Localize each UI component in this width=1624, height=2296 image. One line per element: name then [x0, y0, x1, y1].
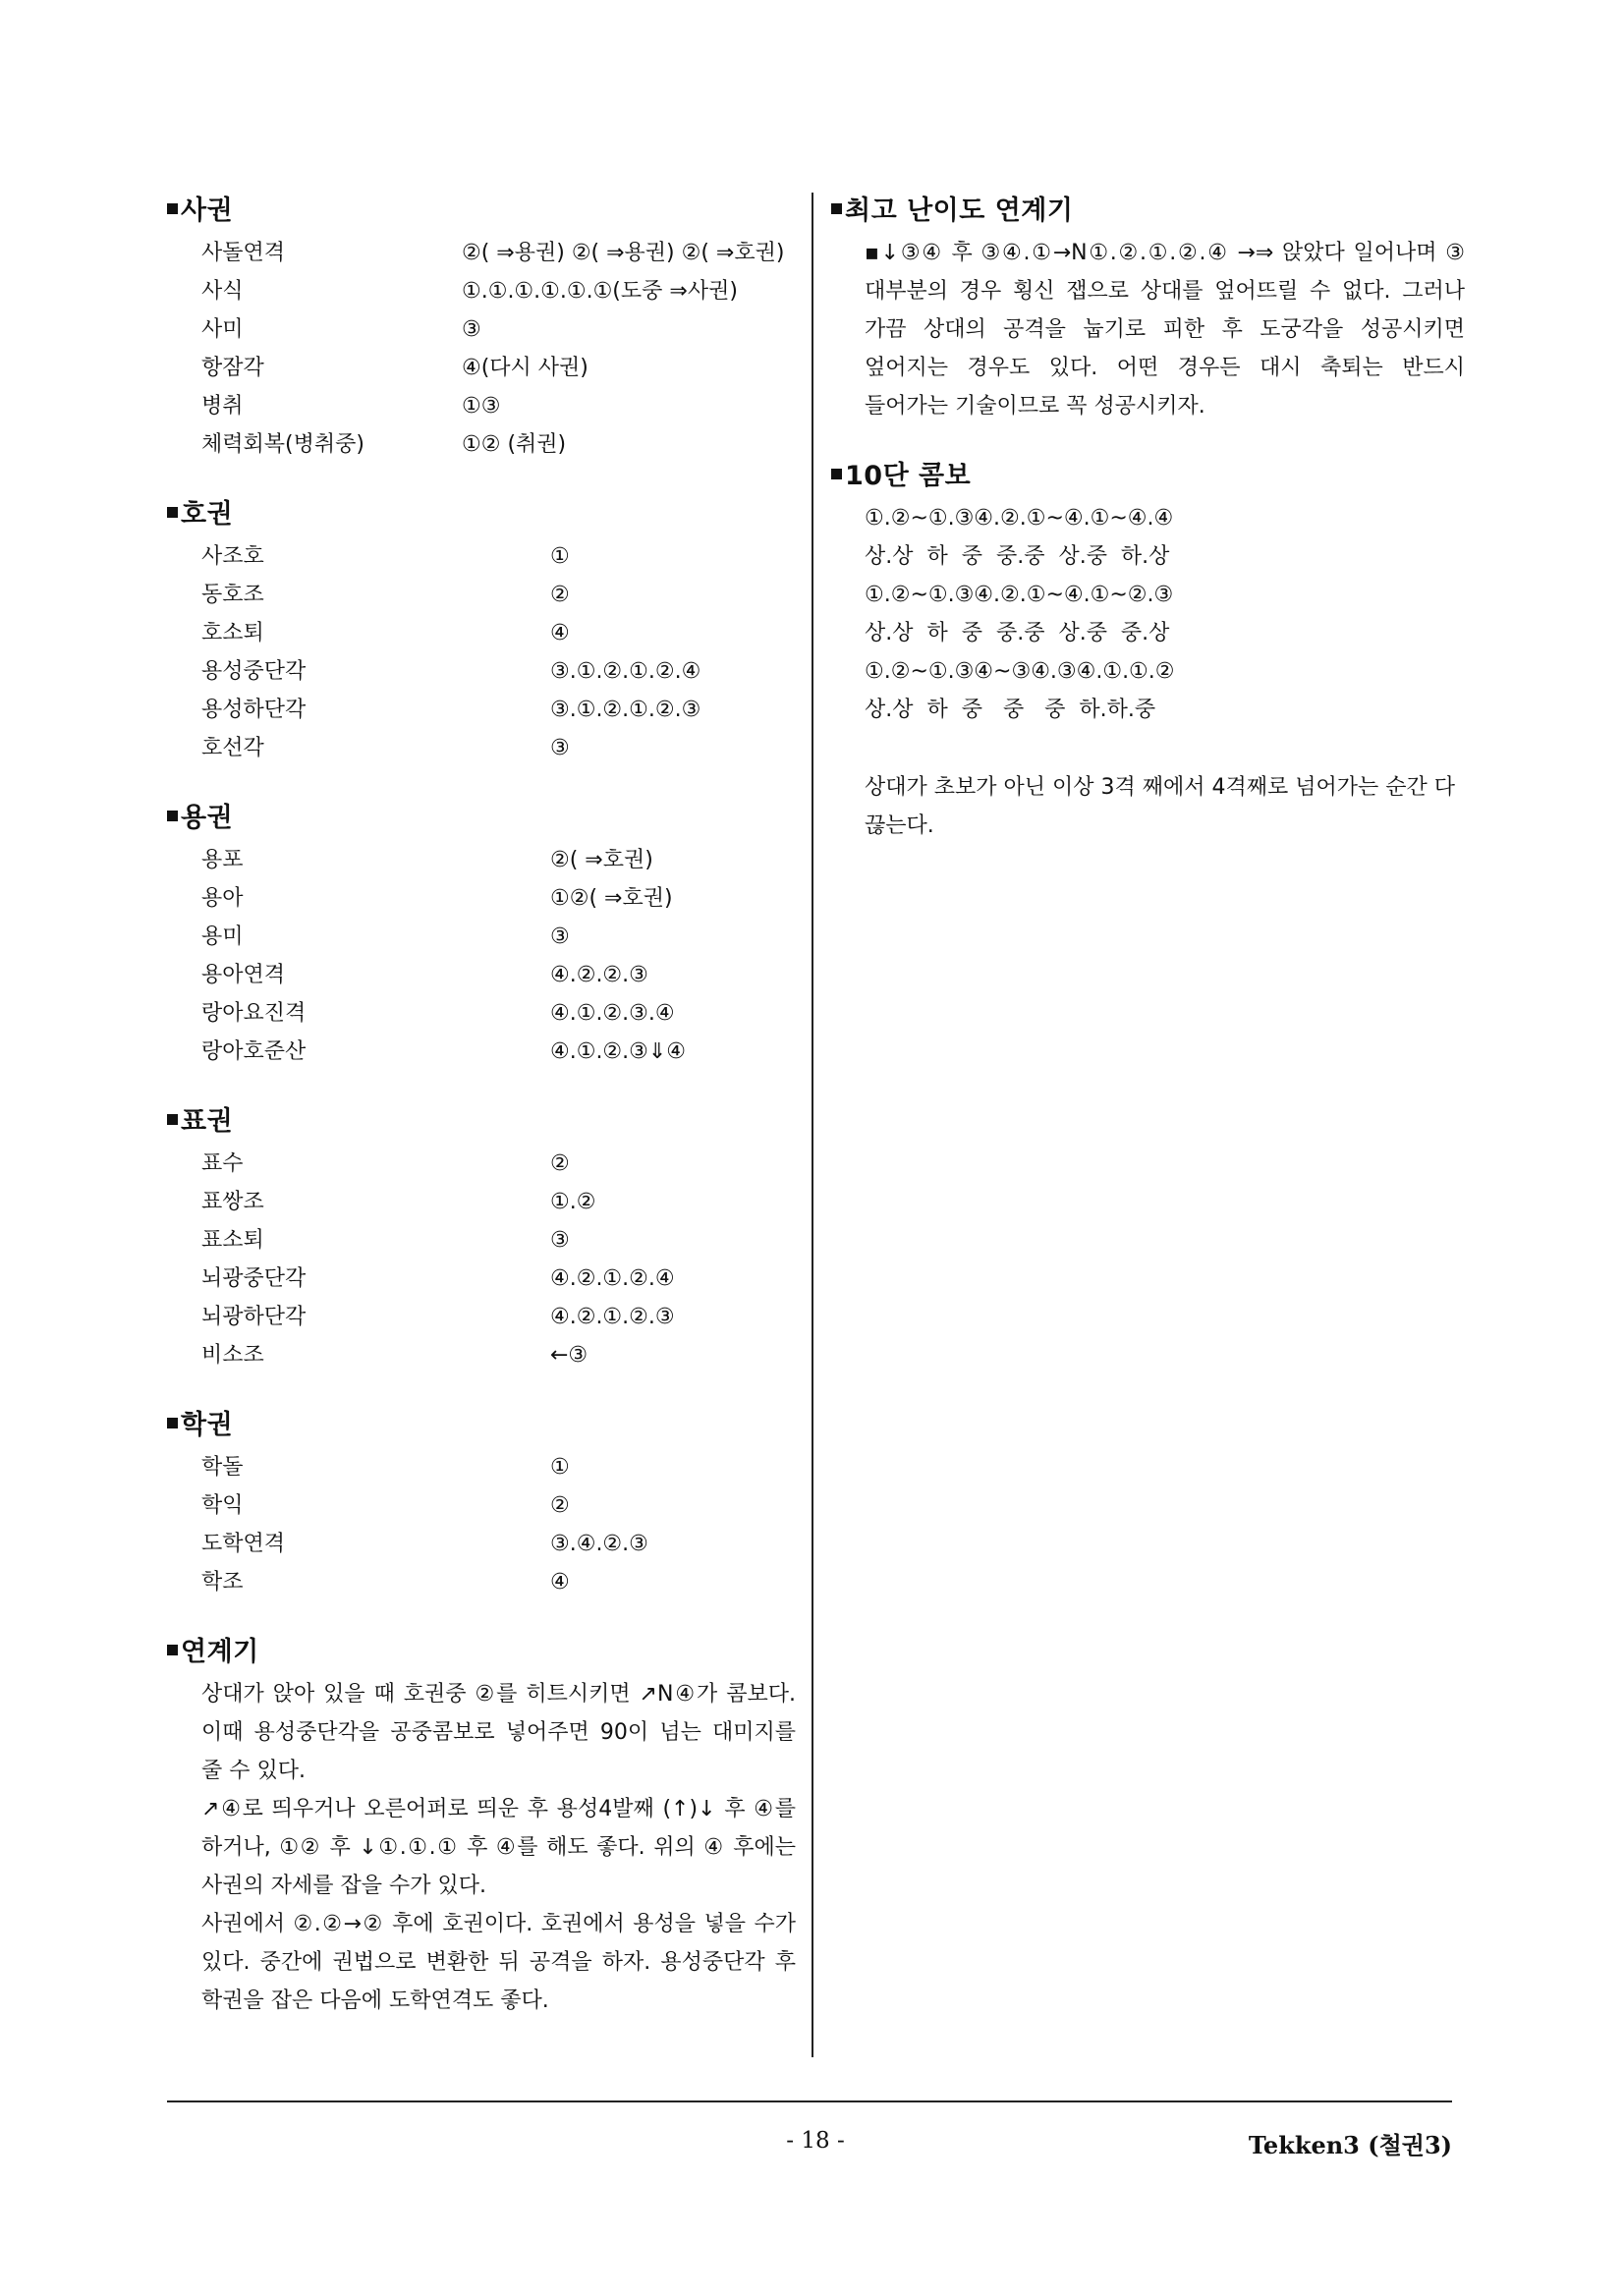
move-name: 용아: [201, 879, 550, 918]
move-input: ④: [550, 614, 570, 652]
footer-title: Tekken3 (철권3): [1249, 2126, 1452, 2160]
move-name: 사미: [201, 310, 462, 349]
move-row: 학익②: [201, 1486, 796, 1525]
move-input: ④: [550, 1563, 570, 1601]
move-input: ①②( ⇒호권): [550, 879, 673, 918]
hit-level-line: 상.상 하 중 중.중 상.중 중.상: [831, 614, 1465, 652]
heading-text: 용권: [181, 803, 233, 833]
move-row: 체력회복(병취중)①② (취권): [201, 425, 796, 464]
right-column: 최고 난이도 연계기 ▪↓③④ 후 ③④.①→N①.②.①.②.④ →⇒ 앉았다…: [831, 192, 1465, 876]
move-name: 사돌연격: [201, 234, 462, 272]
move-name: 사조호: [201, 537, 550, 576]
move-row: 용아연격④.②.②.③: [201, 956, 796, 994]
left-column: 사권 사돌연격②( ⇒용권) ②( ⇒용권) ②( ⇒호권) 사식①.①.①.①…: [167, 192, 796, 2051]
move-input: ②( ⇒용권) ②( ⇒용권) ②( ⇒호권): [462, 234, 784, 272]
section-heading: 호권: [167, 495, 796, 534]
heading-text: 최고 난이도 연계기: [845, 196, 1073, 226]
move-input: ④.②.①.②.③: [550, 1298, 675, 1336]
move-input: ←③: [550, 1336, 588, 1374]
move-input: ①: [550, 537, 570, 576]
move-row: 용성중단각③.①.②.①.②.④: [201, 652, 796, 691]
move-row: 사식①.①.①.①.①.①(도중 ⇒사권): [201, 272, 796, 310]
move-input: ①.①.①.①.①.①(도중 ⇒사권): [462, 272, 738, 310]
move-name: 뇌광하단각: [201, 1298, 550, 1336]
move-input: ③.④.②.③: [550, 1525, 648, 1563]
move-name: 용포: [201, 841, 550, 879]
move-input: ①③: [462, 387, 500, 425]
move-name: 용성중단각: [201, 652, 550, 691]
move-name: 학돌: [201, 1448, 550, 1486]
paragraph: ↗④로 띄우거나 오른어퍼로 띄운 후 용성4발째 (↑)↓ 후 ④를 하거나,…: [201, 1790, 796, 1905]
heading-text: 연계기: [181, 1637, 259, 1667]
move-row: 표수②: [201, 1145, 796, 1183]
column-divider: [812, 193, 813, 2057]
move-input: ③: [550, 1221, 570, 1260]
move-name: 랑아요진격: [201, 994, 550, 1033]
move-row: 비소조←③: [201, 1336, 796, 1374]
square-bullet-icon: [167, 507, 178, 518]
section-hardest-combo: 최고 난이도 연계기 ▪↓③④ 후 ③④.①→N①.②.①.②.④ →⇒ 앉았다…: [831, 192, 1465, 425]
combo-line: ①.②~①.③④~③④.③④.①.①.②: [831, 652, 1465, 691]
move-input: ④.①.②.③.④: [550, 994, 675, 1033]
heading-text: 표권: [181, 1106, 233, 1137]
move-name: 랑아호준산: [201, 1033, 550, 1071]
section-combos: 연계기 상대가 앉아 있을 때 호권중 ②를 히트시키면 ↗N④가 콤보다. 이…: [167, 1633, 796, 2020]
section-heading: 학권: [167, 1406, 796, 1445]
page-number: - 18 -: [766, 2128, 865, 2154]
square-bullet-icon: [167, 811, 178, 821]
move-row: 사조호①: [201, 537, 796, 576]
section-heading: 최고 난이도 연계기: [831, 192, 1465, 231]
combo-line: ①.②~①.③④.②.①~④.①~④.④: [831, 499, 1465, 537]
move-row: 랑아요진격④.①.②.③.④: [201, 994, 796, 1033]
move-row: 표쌍조①.②: [201, 1183, 796, 1221]
section-heading: 연계기: [167, 1633, 796, 1672]
move-input: ③: [550, 918, 570, 956]
move-input: ③.①.②.①.②.④: [550, 652, 700, 691]
move-row: 호소퇴④: [201, 614, 796, 652]
move-name: 호소퇴: [201, 614, 550, 652]
move-name: 뇌광중단각: [201, 1260, 550, 1298]
move-row: 표소퇴③: [201, 1221, 796, 1260]
move-input: ①② (취권): [462, 425, 566, 464]
section-heading: 표권: [167, 1102, 796, 1142]
move-row: 랑아호준산④.①.②.③⇓④: [201, 1033, 796, 1071]
move-name: 체력회복(병취중): [201, 425, 462, 464]
move-name: 표쌍조: [201, 1183, 550, 1221]
move-row: 학돌①: [201, 1448, 796, 1486]
square-bullet-icon: [831, 203, 842, 214]
move-name: 학익: [201, 1486, 550, 1525]
move-input: ③.①.②.①.②.③: [550, 691, 700, 729]
move-name: 병취: [201, 387, 462, 425]
move-name: 비소조: [201, 1336, 550, 1374]
move-name: 도학연격: [201, 1525, 550, 1563]
move-input: ④.②.②.③: [550, 956, 648, 994]
move-name: 호선각: [201, 729, 550, 767]
move-name: 사식: [201, 272, 462, 310]
move-input: ②( ⇒호권): [550, 841, 653, 879]
move-name: 용아연격: [201, 956, 550, 994]
move-row: 용미③: [201, 918, 796, 956]
move-row: 호선각③: [201, 729, 796, 767]
move-name: 용성하단각: [201, 691, 550, 729]
move-name: 학조: [201, 1563, 550, 1601]
move-row: 사돌연격②( ⇒용권) ②( ⇒용권) ②( ⇒호권): [201, 234, 796, 272]
move-row: 뇌광하단각④.②.①.②.③: [201, 1298, 796, 1336]
paragraph: 사권에서 ②.②→② 후에 호권이다. 호권에서 용성을 넣을 수가 있다. 중…: [201, 1905, 796, 2020]
move-input: ④(다시 사권): [462, 349, 588, 387]
square-bullet-icon: [167, 203, 178, 214]
move-row: 뇌광중단각④.②.①.②.④: [201, 1260, 796, 1298]
footer-rule: [167, 2100, 1452, 2102]
heading-text: 학권: [181, 1410, 233, 1440]
section-heading: 사권: [167, 192, 796, 231]
hit-level-line: 상.상 하 중 중 중 하.하.중: [831, 691, 1465, 729]
move-row: 항잠각④(다시 사권): [201, 349, 796, 387]
move-row: 사미③: [201, 310, 796, 349]
heading-text: 호권: [181, 499, 233, 530]
heading-text: 10단 콤보: [845, 461, 971, 491]
combo-note: 상대가 초보가 아닌 이상 3격 째에서 4격째로 넘어가는 순간 다 끊는다.: [831, 768, 1465, 845]
move-input: ②: [550, 1145, 570, 1183]
section-yong-gwon: 용권 용포②( ⇒호권) 용아①②( ⇒호권) 용미③ 용아연격④.②.②.③ …: [167, 799, 796, 1071]
move-row: 용포②( ⇒호권): [201, 841, 796, 879]
move-input: ①: [550, 1448, 570, 1486]
square-bullet-icon: [167, 1645, 178, 1655]
square-bullet-icon: [167, 1114, 178, 1125]
move-row: 용아①②( ⇒호권): [201, 879, 796, 918]
hit-level-line: 상.상 하 중 중.중 상.중 하.상: [831, 537, 1465, 576]
move-name: 항잠각: [201, 349, 462, 387]
move-name: 표수: [201, 1145, 550, 1183]
square-bullet-icon: [831, 469, 842, 479]
move-row: 도학연격③.④.②.③: [201, 1525, 796, 1563]
heading-text: 사권: [181, 196, 233, 226]
move-input: ④.①.②.③⇓④: [550, 1033, 686, 1071]
move-input: ②: [550, 576, 570, 614]
section-hak-gwon: 학권 학돌① 학익② 도학연격③.④.②.③ 학조④: [167, 1406, 796, 1601]
section-ho-gwon: 호권 사조호① 동호조② 호소퇴④ 용성중단각③.①.②.①.②.④ 용성하단각…: [167, 495, 796, 767]
move-input: ③: [462, 310, 481, 349]
move-row: 학조④: [201, 1563, 796, 1601]
move-row: 동호조②: [201, 576, 796, 614]
section-ten-hit-combo: 10단 콤보 ①.②~①.③④.②.①~④.①~④.④ 상.상 하 중 중.중 …: [831, 457, 1465, 845]
move-input: ④.②.①.②.④: [550, 1260, 675, 1298]
square-bullet-icon: [167, 1418, 178, 1428]
move-input: ①.②: [550, 1183, 595, 1221]
move-row: 용성하단각③.①.②.①.②.③: [201, 691, 796, 729]
move-name: 동호조: [201, 576, 550, 614]
move-input: ②: [550, 1486, 570, 1525]
move-name: 용미: [201, 918, 550, 956]
move-row: 병취①③: [201, 387, 796, 425]
move-name: 표소퇴: [201, 1221, 550, 1260]
combo-description: 상대가 앉아 있을 때 호권중 ②를 히트시키면 ↗N④가 콤보다. 이때 용성…: [167, 1675, 796, 2020]
move-input: ③: [550, 729, 570, 767]
section-pyo-gwon: 표권 표수② 표쌍조①.② 표소퇴③ 뇌광중단각④.②.①.②.④ 뇌광하단각④…: [167, 1102, 796, 1374]
section-sa-gwon: 사권 사돌연격②( ⇒용권) ②( ⇒용권) ②( ⇒호권) 사식①.①.①.①…: [167, 192, 796, 464]
combo-line: ①.②~①.③④.②.①~④.①~②.③: [831, 576, 1465, 614]
paragraph: 상대가 앉아 있을 때 호권중 ②를 히트시키면 ↗N④가 콤보다. 이때 용성…: [201, 1675, 796, 1790]
section-heading: 10단 콤보: [831, 457, 1465, 496]
hardest-description: ▪↓③④ 후 ③④.①→N①.②.①.②.④ →⇒ 앉았다 일어나며 ③ 대부분…: [831, 234, 1465, 425]
section-heading: 용권: [167, 799, 796, 838]
